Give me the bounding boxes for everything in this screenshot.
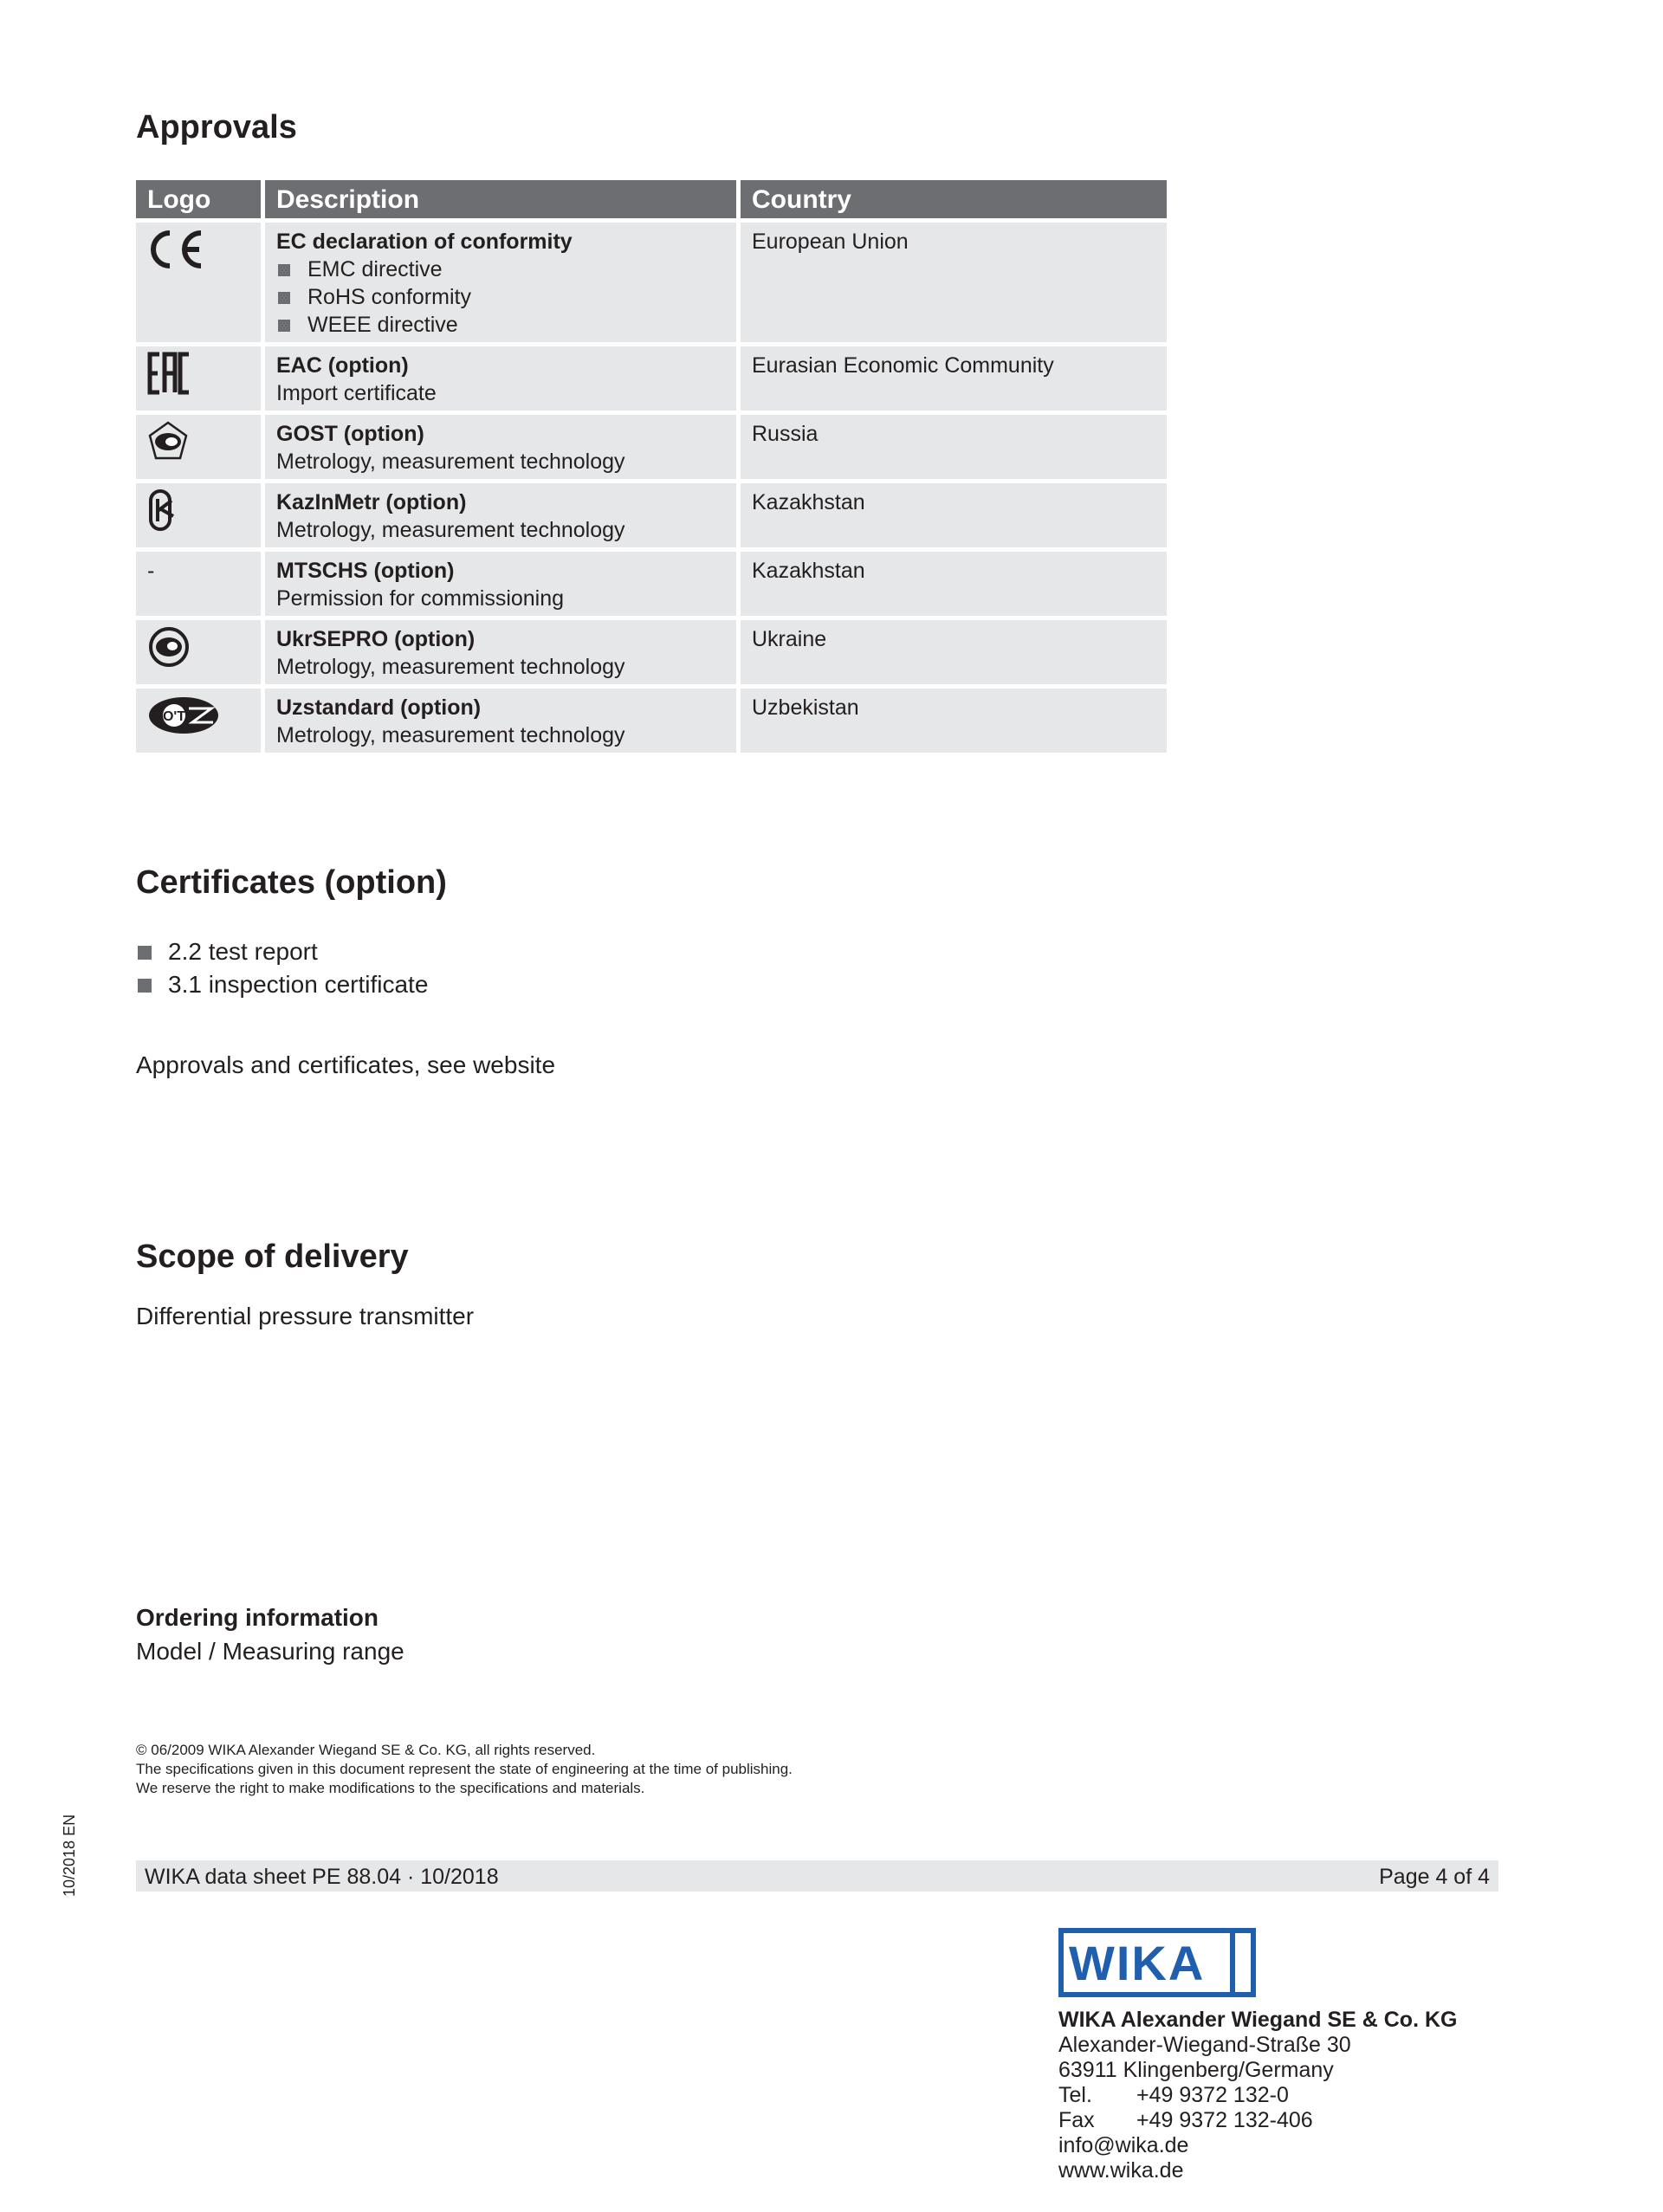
approval-subtitle: Metrology, measurement technology bbox=[276, 516, 725, 544]
description-cell: Uzstandard (option) Metrology, measureme… bbox=[265, 689, 736, 753]
approvals-heading: Approvals bbox=[136, 109, 297, 146]
table-row: EC declaration of conformity EMC directi… bbox=[136, 223, 1167, 342]
company-email[interactable]: info@wika.de bbox=[1058, 2133, 1457, 2158]
approval-subtitle: Metrology, measurement technology bbox=[276, 653, 725, 681]
certificates-heading: Certificates (option) bbox=[136, 864, 447, 902]
table-header-row: Logo Description Country bbox=[136, 180, 1167, 218]
approval-subtitle: Metrology, measurement technology bbox=[276, 721, 725, 749]
table-row: O'T Uzstandard (option) Metrology, measu… bbox=[136, 689, 1167, 753]
kazinmetr-mark-icon bbox=[147, 488, 249, 532]
scope-heading: Scope of delivery bbox=[136, 1239, 409, 1276]
table-row: - MTSCHS (option) Permission for commiss… bbox=[136, 552, 1167, 616]
footer-bar: WIKA data sheet PE 88.04 · 10/2018 Page … bbox=[136, 1860, 1498, 1892]
page-number: Page 4 of 4 bbox=[1379, 1865, 1490, 1890]
list-item: 2.2 test report bbox=[136, 935, 428, 968]
ordering-text: Model / Measuring range bbox=[136, 1638, 404, 1665]
approval-name: EAC (option) bbox=[276, 352, 725, 379]
certificates-note: Approvals and certificates, see website bbox=[136, 1051, 555, 1079]
logo-cell bbox=[136, 223, 261, 342]
list-item: WEEE directive bbox=[276, 311, 725, 339]
legal-line: © 06/2009 WIKA Alexander Wiegand SE & Co… bbox=[136, 1741, 793, 1760]
eac-mark-icon bbox=[147, 352, 249, 395]
datasheet-id: WIKA data sheet PE 88.04 · 10/2018 bbox=[145, 1865, 499, 1890]
description-cell: GOST (option) Metrology, measurement tec… bbox=[265, 415, 736, 479]
certificates-list: 2.2 test report 3.1 inspection certifica… bbox=[136, 935, 428, 1001]
country-cell: Kazakhstan bbox=[741, 552, 1167, 616]
description-cell: MTSCHS (option) Permission for commissio… bbox=[265, 552, 736, 616]
side-code: 10/2018 EN bbox=[61, 1814, 79, 1897]
country-cell: Eurasian Economic Community bbox=[741, 346, 1167, 411]
approval-subtitle: Metrology, measurement technology bbox=[276, 448, 725, 475]
legal-notice: © 06/2009 WIKA Alexander Wiegand SE & Co… bbox=[136, 1741, 793, 1798]
ukrsepro-mark-icon bbox=[147, 625, 249, 669]
approval-subtitle: Import certificate bbox=[276, 379, 725, 407]
company-name: WIKA Alexander Wiegand SE & Co. KG bbox=[1058, 2008, 1457, 2033]
company-tel: Tel.+49 9372 132-0 bbox=[1058, 2083, 1457, 2108]
logo-cell: - bbox=[136, 552, 261, 616]
company-website[interactable]: www.wika.de bbox=[1058, 2158, 1457, 2183]
approval-subtitle: Permission for commissioning bbox=[276, 585, 725, 612]
approval-name: Uzstandard (option) bbox=[276, 694, 725, 721]
approval-name: GOST (option) bbox=[276, 420, 725, 448]
company-fax: Fax+49 9372 132-406 bbox=[1058, 2108, 1457, 2133]
column-header-logo: Logo bbox=[136, 180, 261, 218]
country-cell: Kazakhstan bbox=[741, 483, 1167, 547]
table-row: GOST (option) Metrology, measurement tec… bbox=[136, 415, 1167, 479]
approval-name: UkrSEPRO (option) bbox=[276, 625, 725, 653]
description-cell: EAC (option) Import certificate bbox=[265, 346, 736, 411]
company-city: 63911 Klingenberg/Germany bbox=[1058, 2058, 1457, 2083]
list-item: EMC directive bbox=[276, 255, 725, 283]
country-cell: Ukraine bbox=[741, 620, 1167, 684]
directive-list: EMC directive RoHS conformity WEEE direc… bbox=[276, 255, 725, 339]
country-cell: Uzbekistan bbox=[741, 689, 1167, 753]
approval-name: MTSCHS (option) bbox=[276, 557, 725, 585]
wika-logo-text: WIKA bbox=[1069, 1936, 1205, 1990]
column-header-description: Description bbox=[265, 180, 736, 218]
logo-cell bbox=[136, 483, 261, 547]
scope-text: Differential pressure transmitter bbox=[136, 1303, 474, 1330]
logo-cell: O'T bbox=[136, 689, 261, 753]
description-cell: UkrSEPRO (option) Metrology, measurement… bbox=[265, 620, 736, 684]
ordering-heading: Ordering information bbox=[136, 1604, 379, 1632]
logo-cell bbox=[136, 620, 261, 684]
approval-name: KazInMetr (option) bbox=[276, 488, 725, 516]
list-item: 3.1 inspection certificate bbox=[136, 968, 428, 1001]
column-header-country: Country bbox=[741, 180, 1167, 218]
wika-logo: WIKA bbox=[1058, 1928, 1256, 2002]
uzstandard-mark-icon: O'T bbox=[147, 694, 249, 737]
approvals-table: Logo Description Country EC declaration … bbox=[132, 176, 1171, 757]
list-item: RoHS conformity bbox=[276, 283, 725, 311]
company-address: WIKA Alexander Wiegand SE & Co. KG Alexa… bbox=[1058, 2008, 1457, 2183]
country-cell: European Union bbox=[741, 223, 1167, 342]
table-row: EAC (option) Import certificate Eurasian… bbox=[136, 346, 1167, 411]
logo-cell bbox=[136, 346, 261, 411]
ce-mark-icon bbox=[147, 228, 249, 271]
description-cell: KazInMetr (option) Metrology, measuremen… bbox=[265, 483, 736, 547]
svg-text:O'T: O'T bbox=[163, 709, 185, 724]
logo-cell bbox=[136, 415, 261, 479]
legal-line: We reserve the right to make modificatio… bbox=[136, 1779, 793, 1798]
approval-name: EC declaration of conformity bbox=[276, 228, 725, 255]
table-row: UkrSEPRO (option) Metrology, measurement… bbox=[136, 620, 1167, 684]
table-row: KazInMetr (option) Metrology, measuremen… bbox=[136, 483, 1167, 547]
company-street: Alexander-Wiegand-Straße 30 bbox=[1058, 2033, 1457, 2058]
country-cell: Russia bbox=[741, 415, 1167, 479]
gost-mark-icon bbox=[147, 420, 249, 462]
description-cell: EC declaration of conformity EMC directi… bbox=[265, 223, 736, 342]
legal-line: The specifications given in this documen… bbox=[136, 1760, 793, 1779]
